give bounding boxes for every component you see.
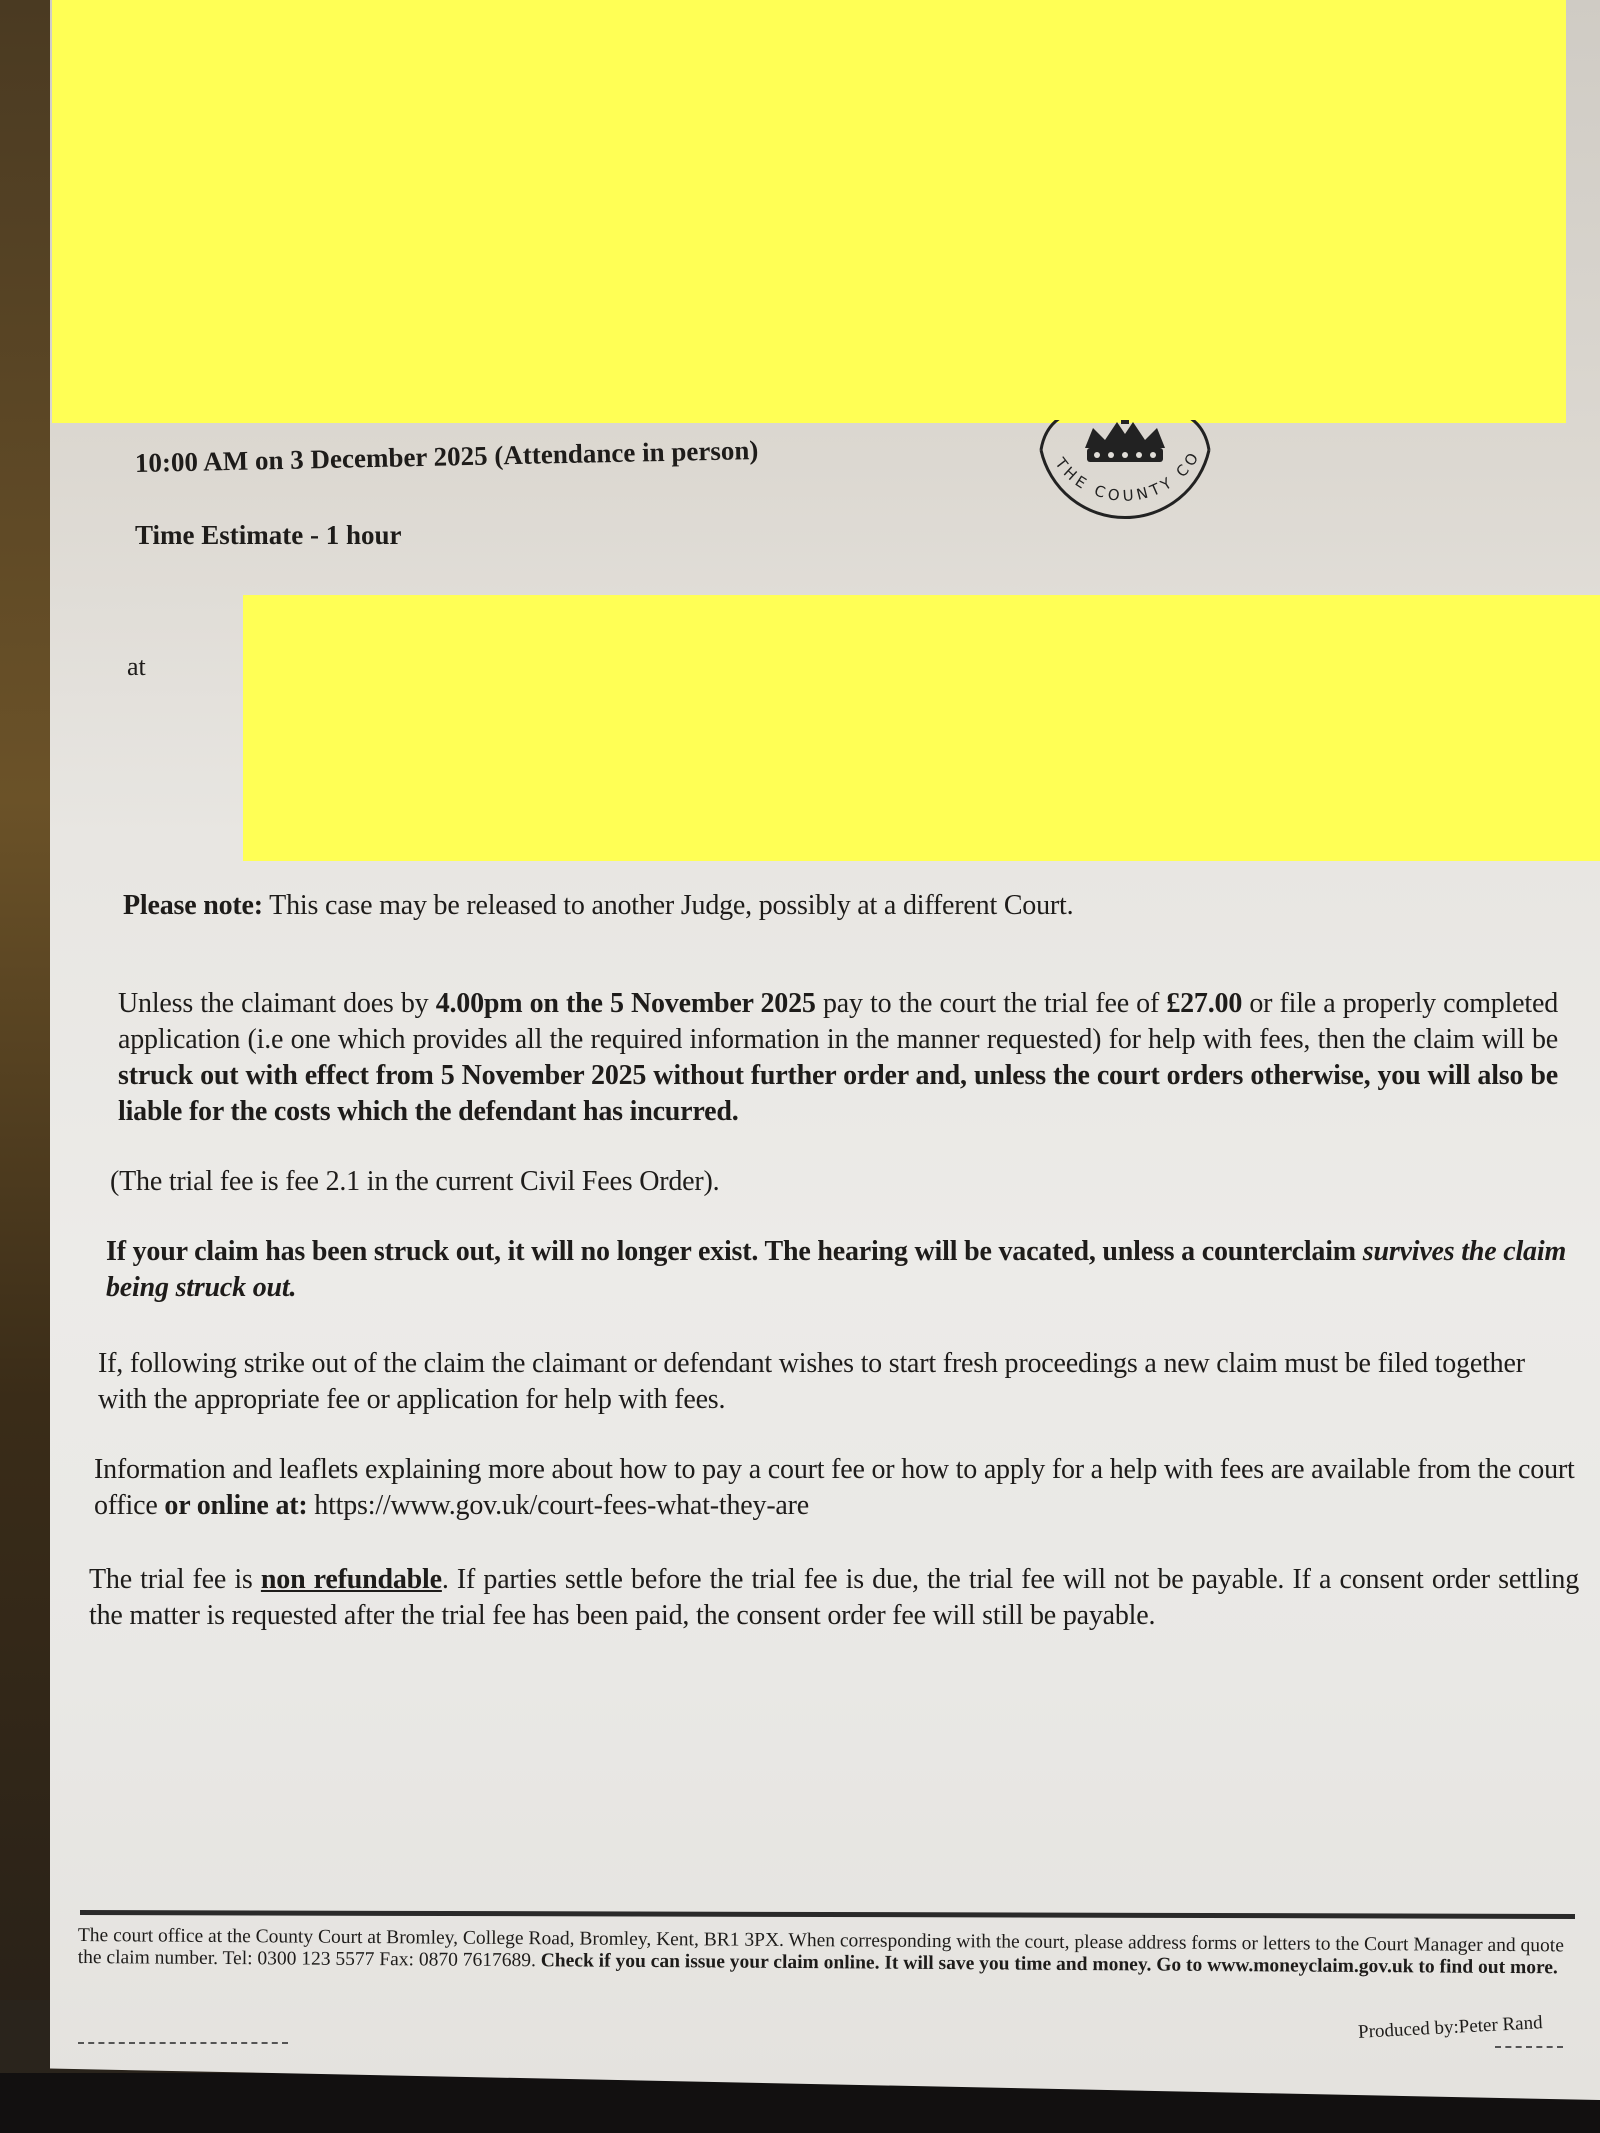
text: pay to the court the trial fee of <box>816 988 1167 1019</box>
time-estimate: Time Estimate - 1 hour <box>135 520 401 551</box>
please-note-label: Please note: <box>123 890 263 921</box>
online-label: or online at: <box>164 1490 307 1521</box>
redaction-block-venue <box>243 595 1600 861</box>
text: If your claim has been struck out, it wi… <box>106 1236 1363 1267</box>
trial-fee-amount: £27.00 <box>1166 988 1242 1019</box>
civil-fees-order-note: (The trial fee is fee 2.1 in the current… <box>110 1164 1550 1200</box>
please-note-paragraph: Please note: This case may be released t… <box>123 888 1573 924</box>
crown-icon: THE COUNTY COURT <box>1025 420 1225 590</box>
footer-reference-mark <box>78 2042 288 2044</box>
trial-fee-deadline-paragraph: Unless the claimant does by 4.00pm on th… <box>118 986 1558 1130</box>
hearing-time-text: 10:00 AM on 3 December 2025 <box>135 441 488 478</box>
county-court-seal: THE COUNTY COURT <box>1025 420 1225 590</box>
refund-paragraph: The trial fee is non refundable. If part… <box>89 1562 1579 1634</box>
attendance-mode: (Attendance in person) <box>494 435 759 471</box>
redaction-block-header <box>52 0 1566 423</box>
struck-out-paragraph: If your claim has been struck out, it wi… <box>106 1234 1576 1306</box>
non-refundable-emphasis: non refundable <box>261 1564 442 1595</box>
please-note-text: This case may be released to another Jud… <box>263 890 1074 921</box>
text: Unless the claimant does by <box>118 988 436 1019</box>
strike-out-warning: struck out with effect from 5 November 2… <box>118 1060 1558 1127</box>
payment-deadline: 4.00pm on the 5 November 2025 <box>436 988 816 1019</box>
court-fees-url: https://www.gov.uk/court-fees-what-they-… <box>308 1490 810 1521</box>
produced-by-mark <box>1495 2046 1563 2048</box>
information-paragraph: Information and leaflets explaining more… <box>94 1452 1584 1524</box>
venue-label: at <box>127 652 146 682</box>
fresh-proceedings-paragraph: If, following strike out of the claim th… <box>98 1346 1578 1418</box>
text: The trial fee is <box>89 1564 261 1595</box>
